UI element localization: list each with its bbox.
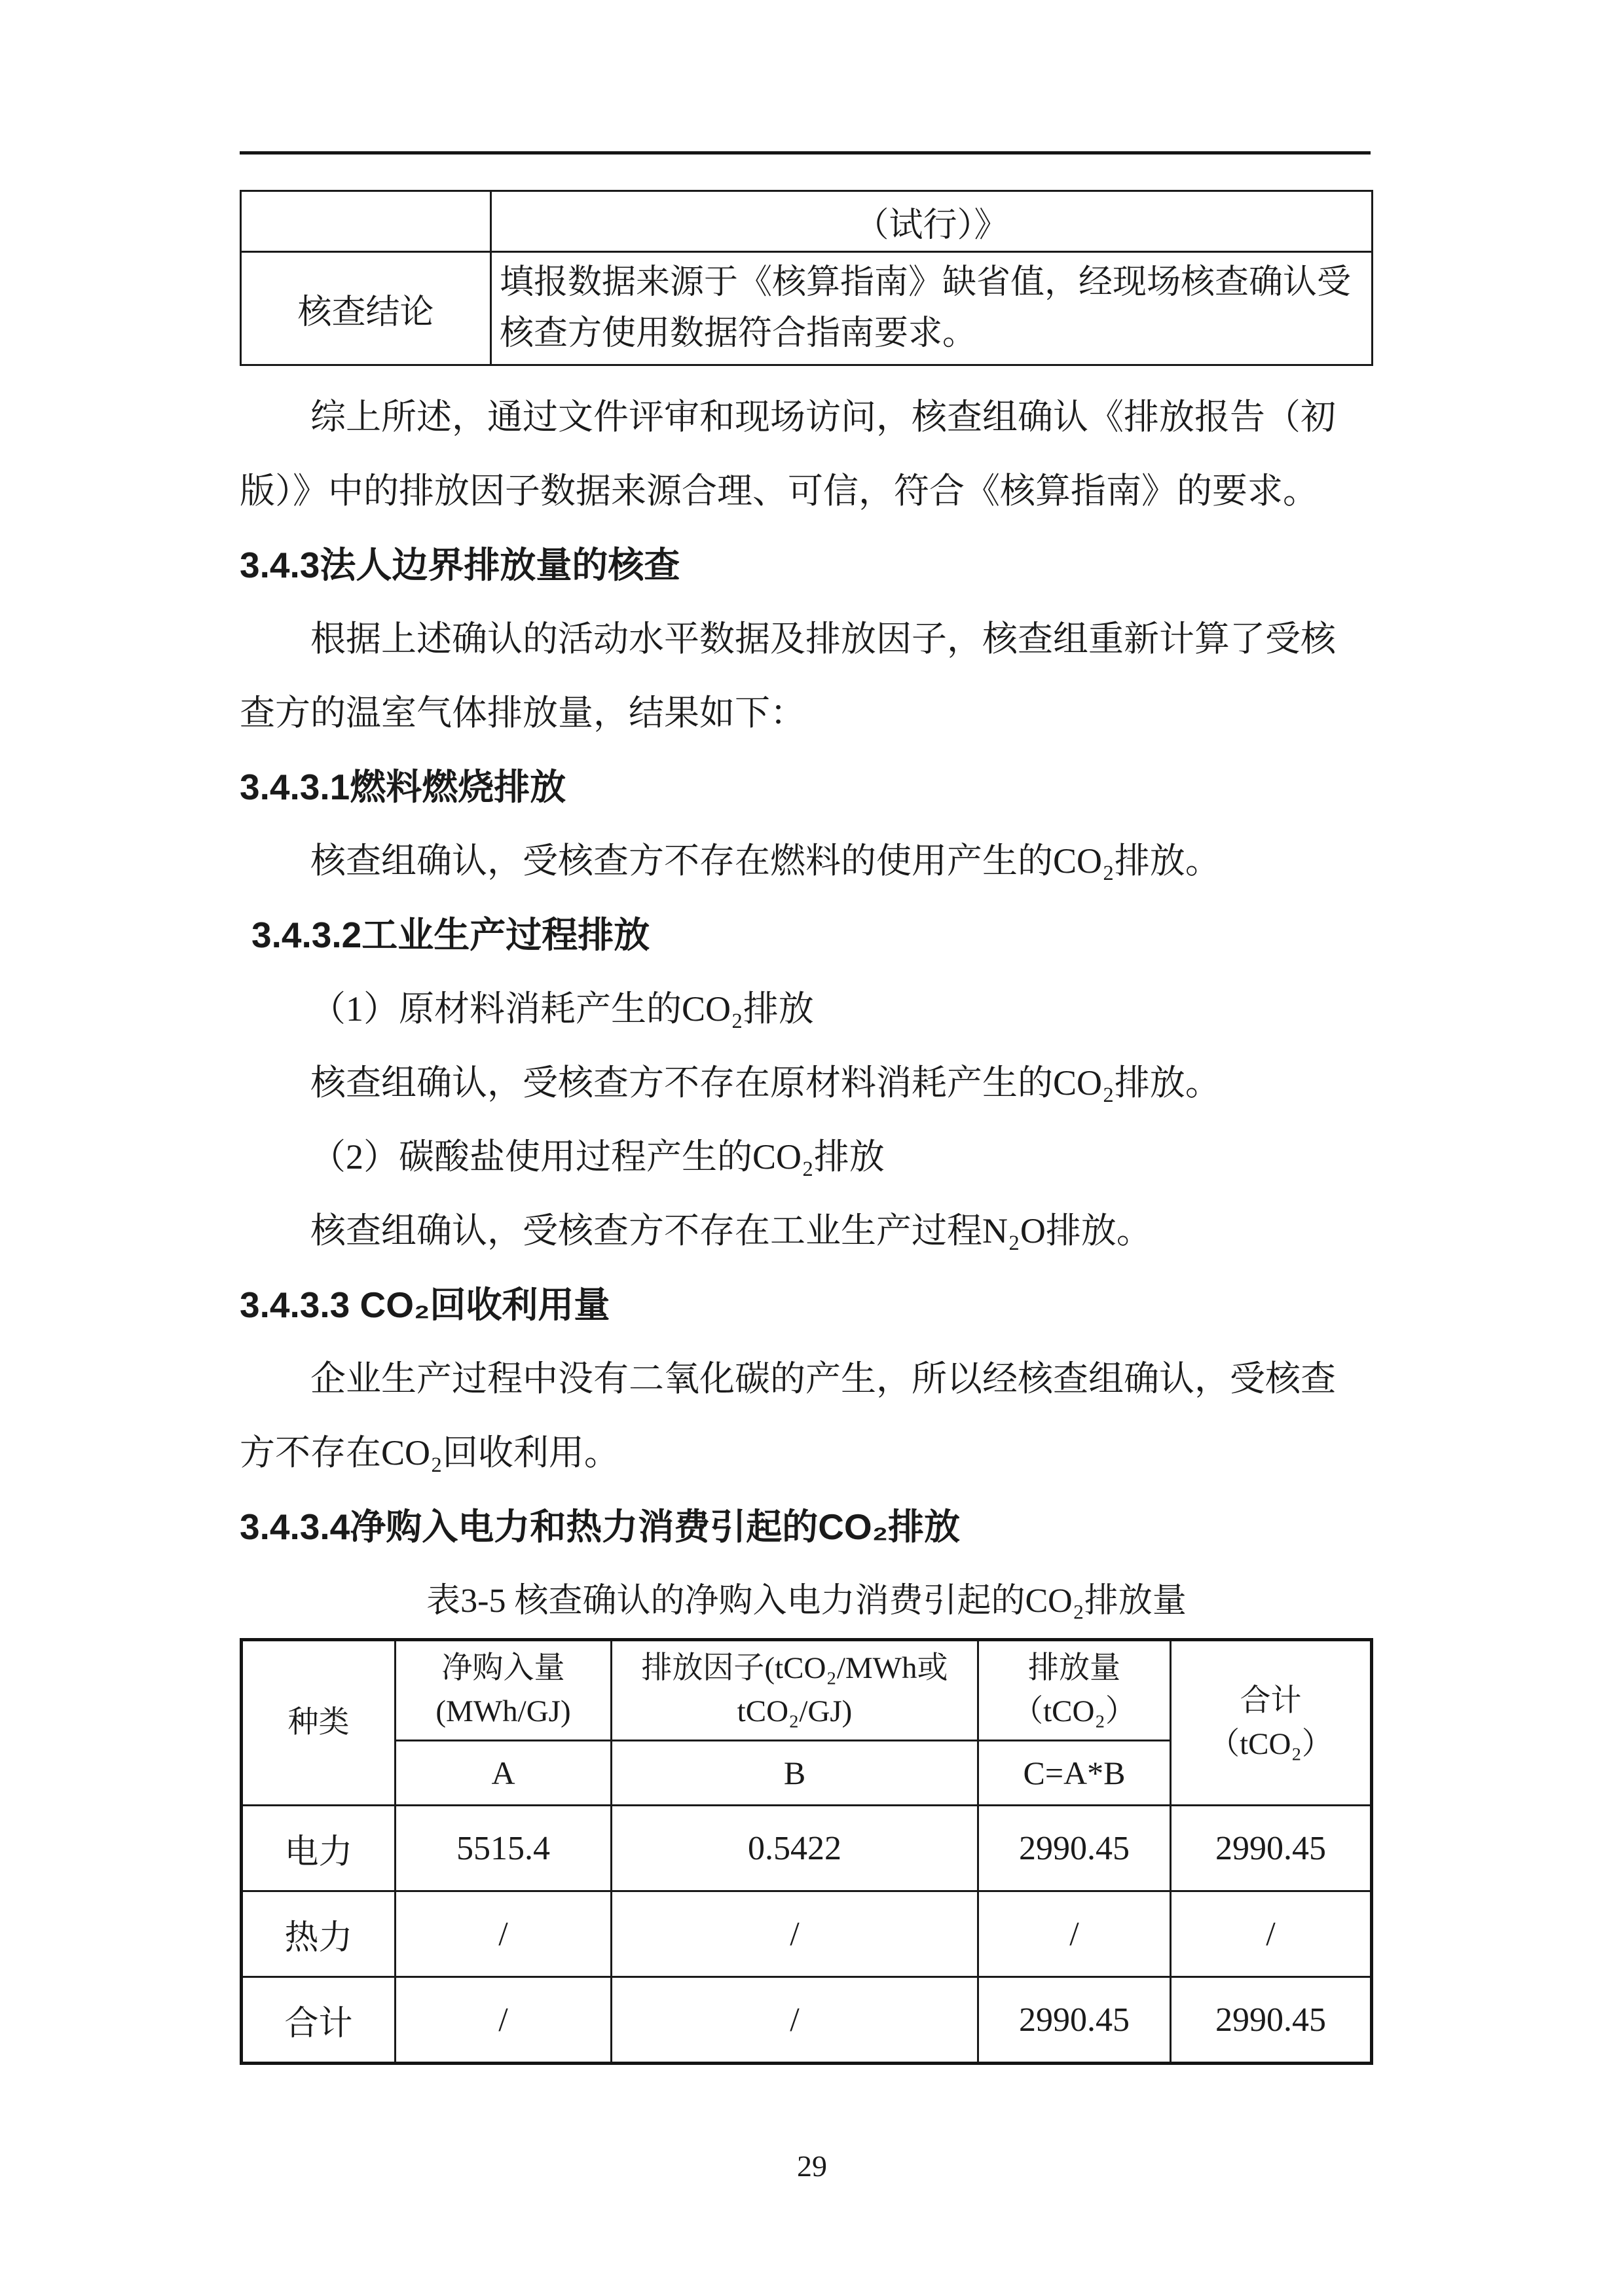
- body-text: 综上所述，通过文件评审和现场访问，核查组确认《排放报告（初 版）》中的排放因子数…: [240, 380, 1373, 1638]
- continuation-table: （试行）》 核查结论 填报数据来源于《核算指南》缺省值，经现场核查确认受 核查方…: [240, 190, 1373, 366]
- paragraph-n2o: 核查组确认，受核查方不存在工业生产过程N₂O排放。: [240, 1194, 1373, 1268]
- conclusion-text-cell: 填报数据来源于《核算指南》缺省值，经现场核查确认受 核查方使用数据符合指南要求。: [491, 252, 1373, 365]
- trial-cell: （试行）》: [491, 191, 1373, 252]
- conclusion-label-cell: 核查结论: [241, 252, 491, 365]
- paragraph-item-1: （1）原材料消耗产生的CO₂排放: [240, 972, 1373, 1046]
- paragraph-raw-material: 核查组确认，受核查方不存在原材料消耗产生的CO₂排放。: [240, 1046, 1373, 1120]
- subheader-b: B: [612, 1741, 978, 1806]
- cell-type: 电力: [242, 1806, 396, 1891]
- table-row-heat: 热力 / / / /: [242, 1891, 1372, 1977]
- cell-emission: 2990.45: [978, 1977, 1171, 2064]
- heading-3-4-3-1: 3.4.3.1燃料燃烧排放: [240, 750, 1373, 824]
- cell-factor: 0.5422: [612, 1806, 978, 1891]
- table-header-row: 种类 净购入量 (MWh/GJ) 排放因子(tCO₂/MWh或 tCO₂/GJ)…: [242, 1640, 1372, 1741]
- cell-emission: /: [978, 1891, 1171, 1977]
- cell-type: 合计: [242, 1977, 396, 2064]
- table-caption: 表3-5 核查确认的净购入电力消费引起的CO₂排放量: [240, 1564, 1373, 1638]
- cell-type: 热力: [242, 1891, 396, 1977]
- cell-purchase: 5515.4: [396, 1806, 612, 1891]
- page-content: （试行）》 核查结论 填报数据来源于《核算指南》缺省值，经现场核查确认受 核查方…: [240, 190, 1373, 2065]
- header-purchase: 净购入量 (MWh/GJ): [396, 1640, 612, 1741]
- empty-cell: [241, 191, 491, 252]
- cell-factor: /: [612, 1977, 978, 2064]
- cell-purchase: /: [396, 1977, 612, 2064]
- cell-emission: 2990.45: [978, 1806, 1171, 1891]
- heading-3-4-3: 3.4.3法人边界排放量的核查: [240, 528, 1373, 602]
- cell-total: /: [1171, 1891, 1372, 1977]
- header-emission: 排放量 （tCO₂）: [978, 1640, 1171, 1741]
- page-header-rule: [240, 151, 1371, 155]
- table-row: （试行）》: [241, 191, 1373, 252]
- page-number: 29: [0, 2149, 1624, 2183]
- table-row-total: 合计 / / 2990.45 2990.45: [242, 1977, 1372, 2064]
- header-factor: 排放因子(tCO₂/MWh或 tCO₂/GJ): [612, 1640, 978, 1741]
- paragraph-fuel-emission: 核查组确认，受核查方不存在燃料的使用产生的CO₂排放。: [240, 824, 1373, 898]
- table-row: 核查结论 填报数据来源于《核算指南》缺省值，经现场核查确认受 核查方使用数据符合…: [241, 252, 1373, 365]
- table-row-electricity: 电力 5515.4 0.5422 2990.45 2990.45: [242, 1806, 1372, 1891]
- paragraph-co2-recovery: 企业生产过程中没有二氧化碳的产生，所以经核查组确认，受核查 方不存在CO₂回收利…: [240, 1342, 1373, 1490]
- cell-total: 2990.45: [1171, 1806, 1372, 1891]
- heading-3-4-3-4: 3.4.3.4净购入电力和热力消费引起的CO₂排放: [240, 1490, 1373, 1564]
- cell-purchase: /: [396, 1891, 612, 1977]
- document-page: （试行）》 核查结论 填报数据来源于《核算指南》缺省值，经现场核查确认受 核查方…: [0, 0, 1624, 2296]
- header-total: 合计 （tCO₂）: [1171, 1640, 1372, 1806]
- paragraph-summary: 综上所述，通过文件评审和现场访问，核查组确认《排放报告（初 版）》中的排放因子数…: [240, 380, 1373, 528]
- subheader-c: C=A*B: [978, 1741, 1171, 1806]
- paragraph-item-2: （2）碳酸盐使用过程产生的CO₂排放: [240, 1120, 1373, 1194]
- cell-total: 2990.45: [1171, 1977, 1372, 2064]
- cell-factor: /: [612, 1891, 978, 1977]
- paragraph-recalculation: 根据上述确认的活动水平数据及排放因子，核查组重新计算了受核 查方的温室气体排放量…: [240, 602, 1373, 750]
- header-type: 种类: [242, 1640, 396, 1806]
- subheader-a: A: [396, 1741, 612, 1806]
- heading-3-4-3-3: 3.4.3.3 CO₂回收利用量: [240, 1268, 1373, 1342]
- heading-3-4-3-2: 3.4.3.2工业生产过程排放: [240, 898, 1373, 972]
- emission-table: 种类 净购入量 (MWh/GJ) 排放因子(tCO₂/MWh或 tCO₂/GJ)…: [240, 1638, 1373, 2065]
